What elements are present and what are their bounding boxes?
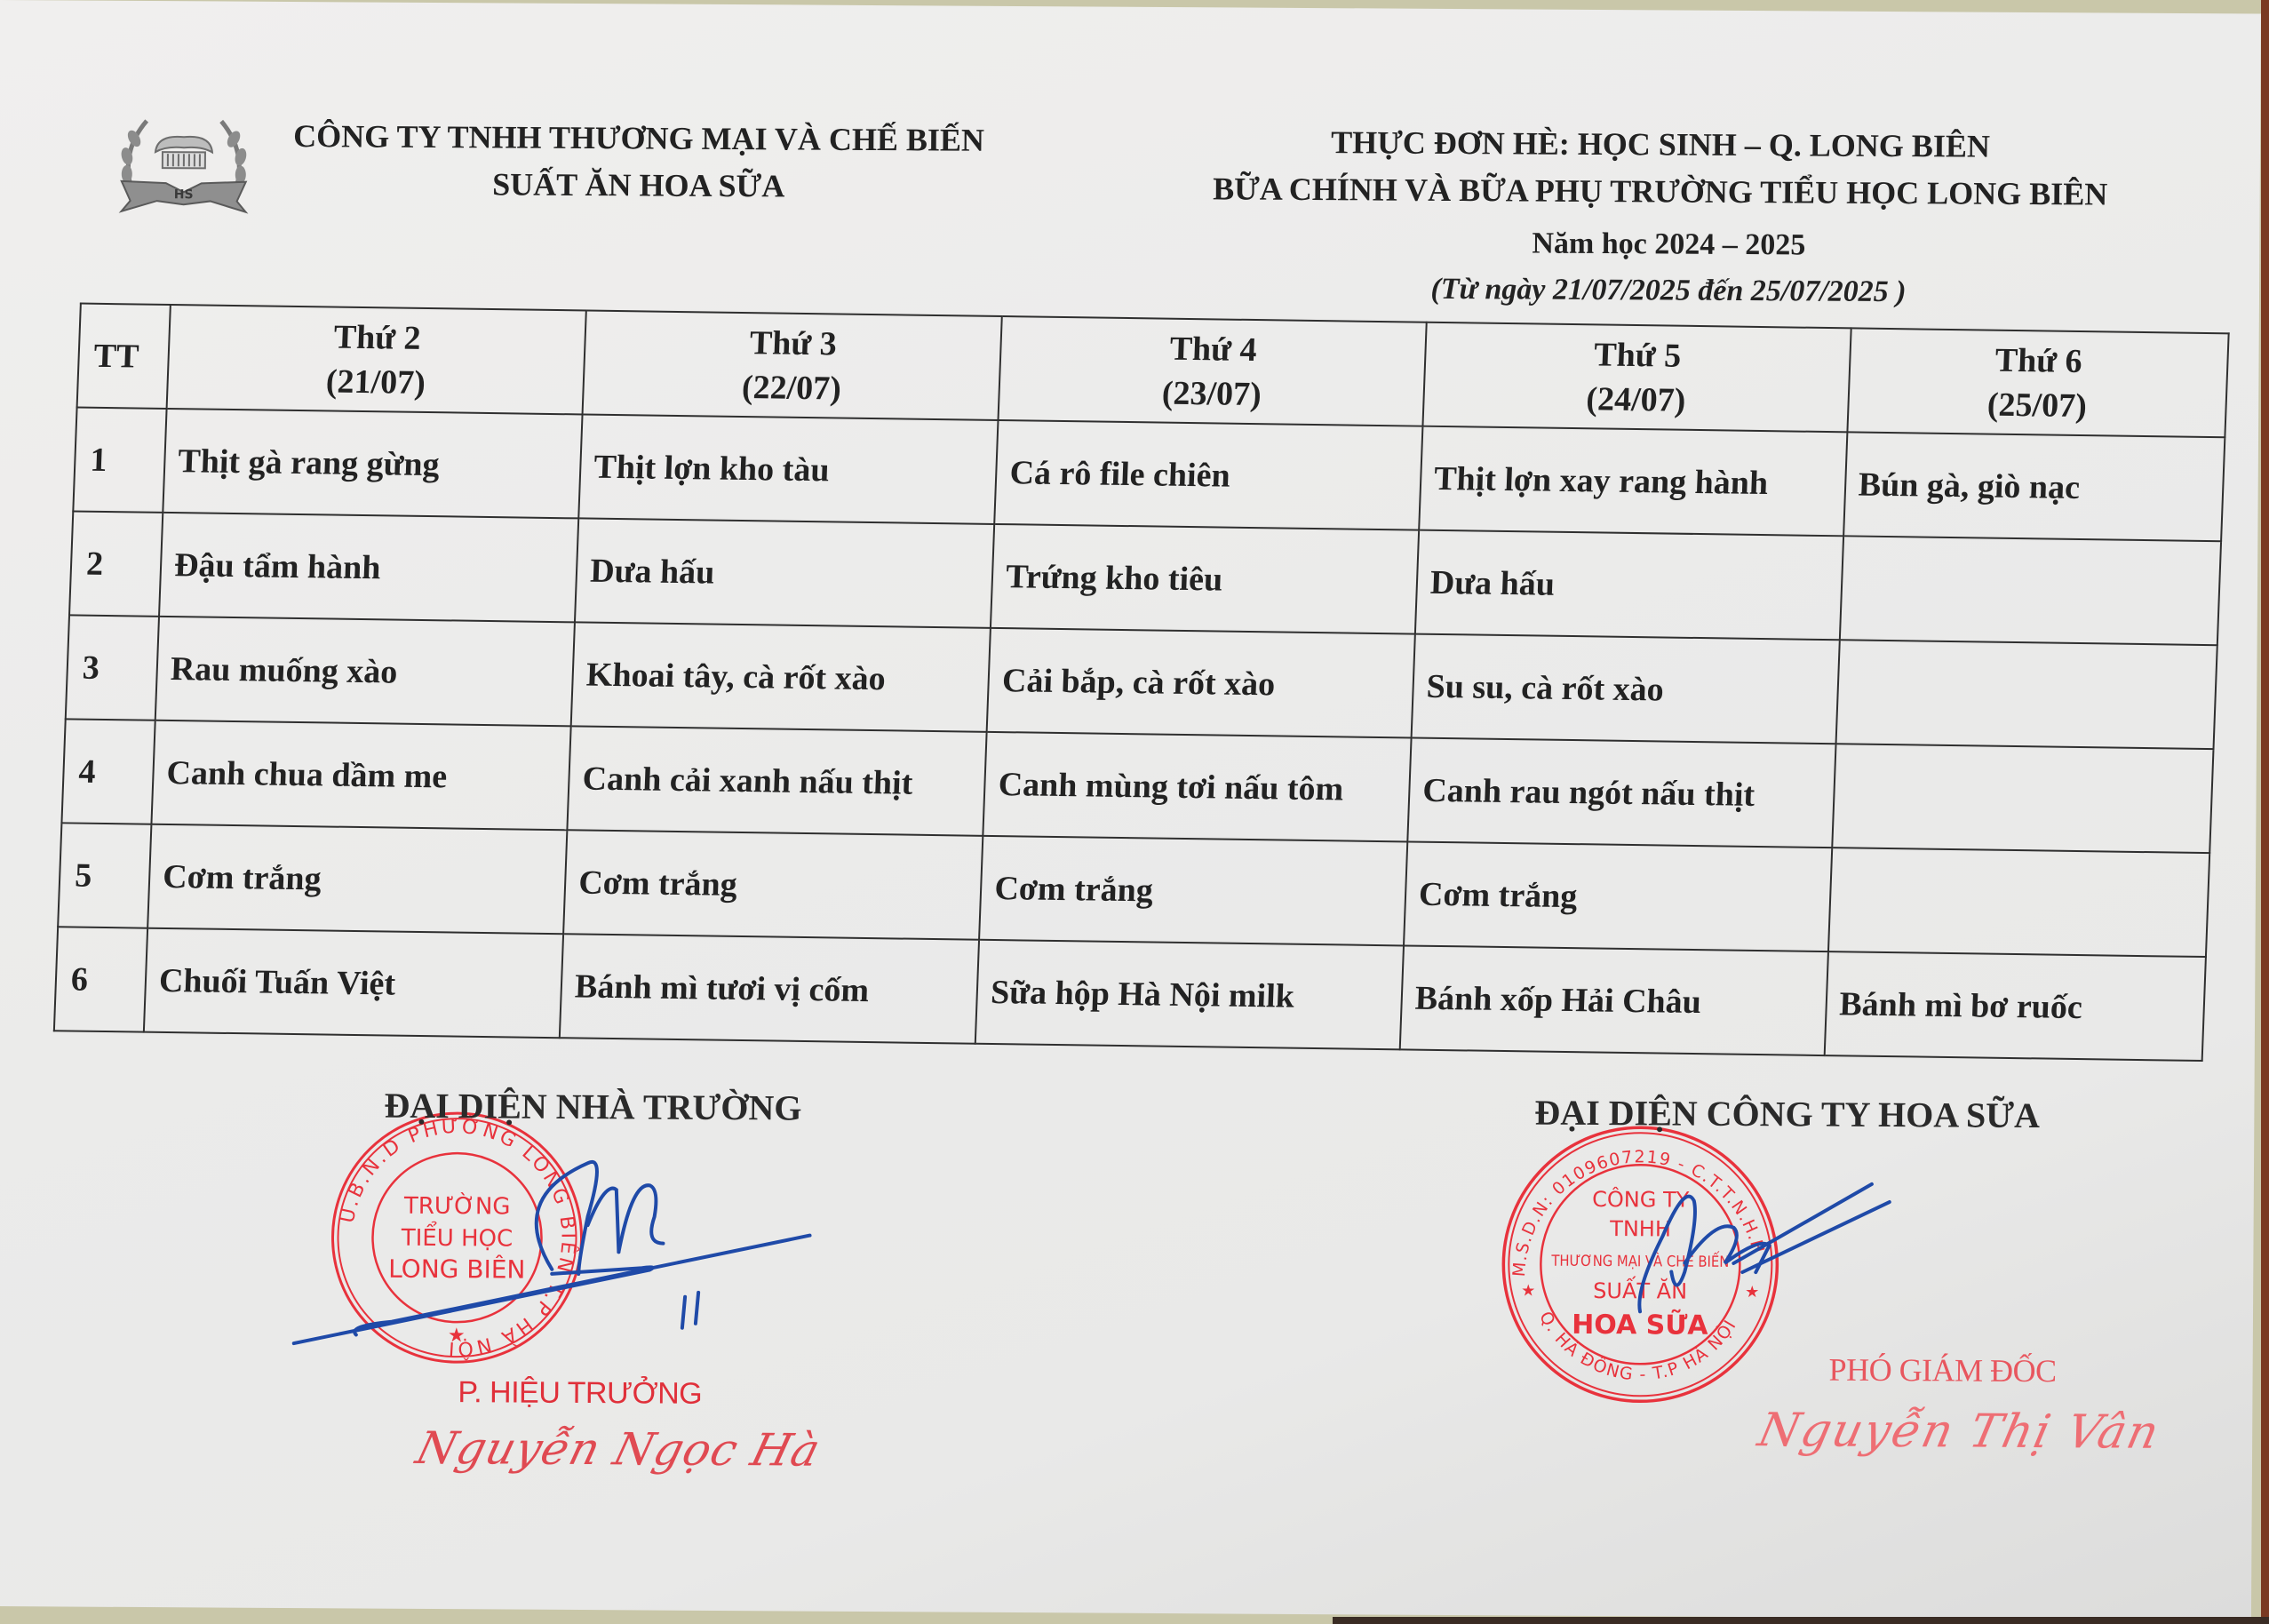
row-number: 3	[66, 615, 159, 720]
menu-document: HS CÔNG TY TNHH THƯƠNG MẠI VÀ CHẾ BIẾN S…	[0, 0, 2261, 1620]
row-number: 2	[69, 511, 163, 616]
menu-cell: Cơm trắng	[147, 824, 567, 934]
menu-cell: Cơm trắng	[1404, 841, 1832, 951]
menu-cell: Bánh xốp Hải Châu	[1400, 945, 1828, 1055]
svg-text:HS: HS	[174, 187, 194, 202]
date-range: (Từ ngày 21/07/2025 đến 25/07/2025 )	[1313, 272, 2024, 310]
menu-cell: Khoai tây, cà rốt xào	[571, 622, 991, 731]
row-number: 1	[73, 408, 166, 513]
menu-cell: Canh chua dầm me	[151, 720, 570, 830]
row-number: 6	[54, 927, 147, 1031]
school-signer-role: P. HIỆU TRƯỞNG	[458, 1375, 702, 1412]
menu-cell: Bánh mì bơ ruốc	[1824, 951, 2206, 1061]
day-header: Thứ 5(24/07)	[1422, 322, 1851, 433]
menu-cell: Bánh mì tươi vị cốm	[560, 934, 979, 1043]
menu-cell: Su su, cà rốt xào	[1412, 634, 1840, 744]
company-subname: SUẤT ĂN HOA SỮA	[292, 164, 985, 206]
menu-subtitle: BỮA CHÍNH VÀ BỮA PHỤ TRƯỜNG TIỂU HỌC LON…	[1181, 170, 2140, 213]
menu-cell: Đậu tẩm hành	[159, 513, 578, 622]
menu-cell	[1828, 848, 2210, 957]
company-name: CÔNG TY TNHH THƯƠNG MẠI VÀ CHẾ BIẾN	[292, 117, 985, 159]
menu-cell: Cá rô file chiên	[995, 420, 1423, 530]
school-representative-title: ĐẠI DIỆN NHÀ TRƯỜNG	[384, 1085, 801, 1129]
company-representative-title: ĐẠI DIỆN CÔNG TY HOA SỮA	[1534, 1092, 2040, 1136]
svg-text:★: ★	[1521, 1281, 1535, 1299]
menu-cell: Cải bắp, cà rốt xào	[987, 628, 1415, 738]
school-signature-icon	[285, 1143, 837, 1360]
day-header: Thứ 3(22/07)	[583, 311, 1002, 420]
day-header: Thứ 4(23/07)	[999, 316, 1427, 426]
background-edge	[1333, 1617, 2269, 1624]
company-signer-role: PHÓ GIÁM ĐỐC	[1828, 1351, 2056, 1390]
row-number: 5	[58, 823, 151, 927]
company-signature-icon	[1636, 1165, 1956, 1335]
company-logo-icon: HS	[113, 112, 256, 218]
menu-cell: Thịt lợn kho tàu	[578, 414, 998, 523]
menu-table: TT Thứ 2(21/07) Thứ 3(22/07) Thứ 4(23/07…	[53, 303, 2230, 1062]
menu-cell: Dưa hấu	[575, 518, 994, 627]
menu-cell: Cơm trắng	[979, 836, 1407, 946]
menu-cell	[1832, 744, 2214, 853]
day-header: Thứ 2(21/07)	[167, 305, 586, 414]
menu-cell: Bún gà, giò nạc	[1843, 432, 2225, 541]
school-year: Năm học 2024 – 2025	[1384, 227, 1953, 264]
menu-cell: Canh rau ngót nấu thịt	[1407, 738, 1835, 848]
menu-cell: Canh mùng tơi nấu tôm	[983, 732, 1412, 842]
menu-cell: Cơm trắng	[563, 830, 983, 939]
menu-cell: Sữa hộp Hà Nội milk	[975, 940, 1404, 1050]
menu-cell: Chuối Tuấn Việt	[144, 928, 563, 1038]
menu-cell: Thịt lợn xay rang hành	[1419, 426, 1847, 537]
row-number: 4	[61, 719, 155, 824]
background-edge	[2261, 0, 2269, 1624]
school-signer-name: Nguyễn Ngọc Hà	[411, 1422, 826, 1477]
menu-cell: Dưa hấu	[1415, 530, 1843, 641]
menu-cell	[1839, 536, 2221, 645]
menu-cell: Rau muống xào	[155, 617, 575, 726]
menu-cell	[1835, 640, 2217, 749]
menu-title: THỰC ĐƠN HÈ: HỌC SINH – Q. LONG BIÊN	[1216, 123, 2105, 165]
tt-header: TT	[77, 304, 171, 409]
menu-cell: Thịt gà rang gừng	[163, 409, 582, 518]
day-header: Thứ 6(25/07)	[1847, 328, 2229, 437]
menu-cell: Trứng kho tiêu	[991, 524, 1419, 634]
company-signer-name: Nguyễn Thị Vân	[1754, 1404, 2165, 1460]
menu-cell: Canh cải xanh nấu thịt	[568, 726, 987, 835]
